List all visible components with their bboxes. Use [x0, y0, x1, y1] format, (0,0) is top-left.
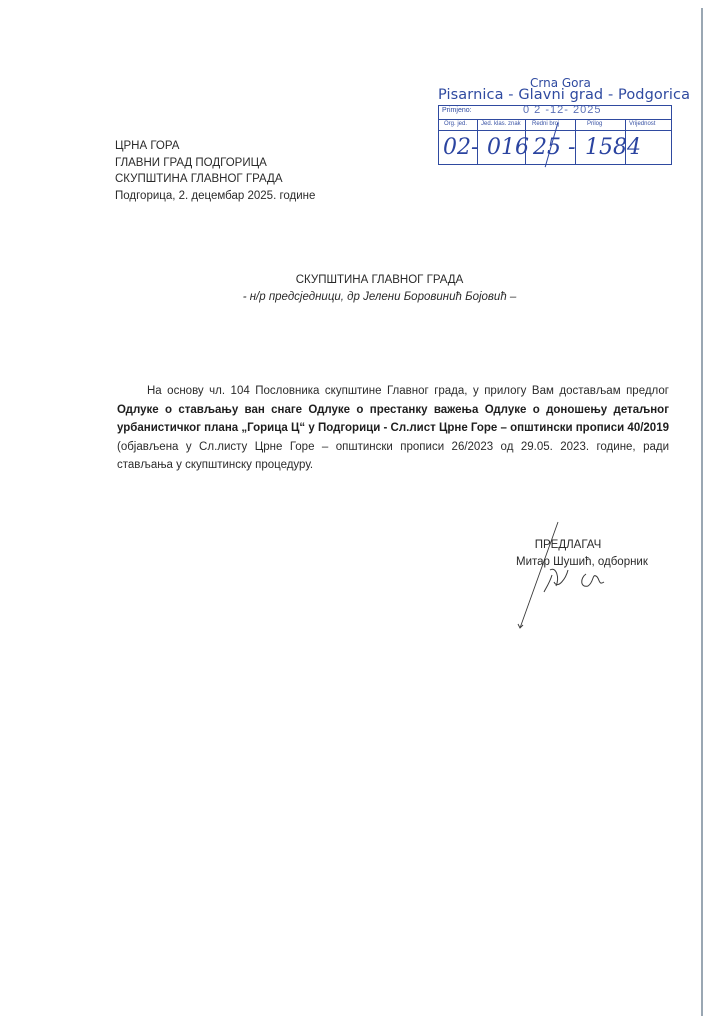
body-bold-proposal: Одлуке о стављању ван снаге Одлуке о пре… — [117, 404, 669, 435]
signature-title: ПРЕДЛАГАЧ — [528, 537, 608, 554]
stamp-col-attachment: Prilog — [587, 121, 602, 127]
sender-assembly: СКУПШТИНА ГЛАВНОГ ГРАДА — [115, 171, 315, 188]
sender-country: ЦРНА ГОРА — [115, 138, 315, 155]
body-intro: На основу чл. 104 Пословника скупштине Г… — [147, 385, 669, 397]
body-paragraph: На основу чл. 104 Пословника скупштине Г… — [117, 382, 669, 475]
stamp-hw-ordinal: 25 - — [533, 135, 575, 160]
stamp-hw-number: 1584 — [585, 135, 641, 160]
signature-name: Митар Шушић, одборник — [516, 554, 648, 571]
stamp-col-value: Vrijednost — [629, 121, 655, 127]
stamp-bottom-border — [439, 164, 671, 165]
stamp-office: Pisarnica - Glavni grad - Podgorica — [438, 87, 690, 103]
sender-city: ГЛАВНИ ГРАД ПОДГОРИЦА — [115, 155, 315, 172]
addressee-block: СКУПШТИНА ГЛАВНОГ ГРАДА - н/р предсједни… — [0, 272, 724, 306]
sender-block: ЦРНА ГОРА ГЛАВНИ ГРАД ПОДГОРИЦА СКУПШТИН… — [115, 138, 315, 204]
addressee-attention: - н/р предсједници, др Јелени Боровинић … — [0, 289, 724, 306]
page-edge-line — [701, 8, 703, 1016]
document-date: Подгорица, 2. децембар 2025. године — [115, 188, 315, 205]
stamp-received-date: 0 2 -12- 2025 — [523, 104, 601, 116]
stamp-col-class: Jed. klas. znak — [481, 121, 521, 127]
stamp-received-row: Primjeno: 0 2 -12- 2025 — [439, 106, 671, 120]
stamp-table: Primjeno: 0 2 -12- 2025 Org. jed. Jed. k… — [438, 105, 672, 165]
stamp-received-label: Primjeno: — [442, 107, 472, 114]
addressee-name: СКУПШТИНА ГЛАВНОГ ГРАДА — [0, 272, 724, 289]
stamp-col-org: Org. jed. — [444, 121, 467, 127]
stamp-hw-org: 02- — [443, 135, 478, 160]
body-rest: (објављена у Сл.листу Црне Горе – општин… — [117, 441, 669, 472]
stamp-hw-class: 016 — [487, 135, 529, 160]
